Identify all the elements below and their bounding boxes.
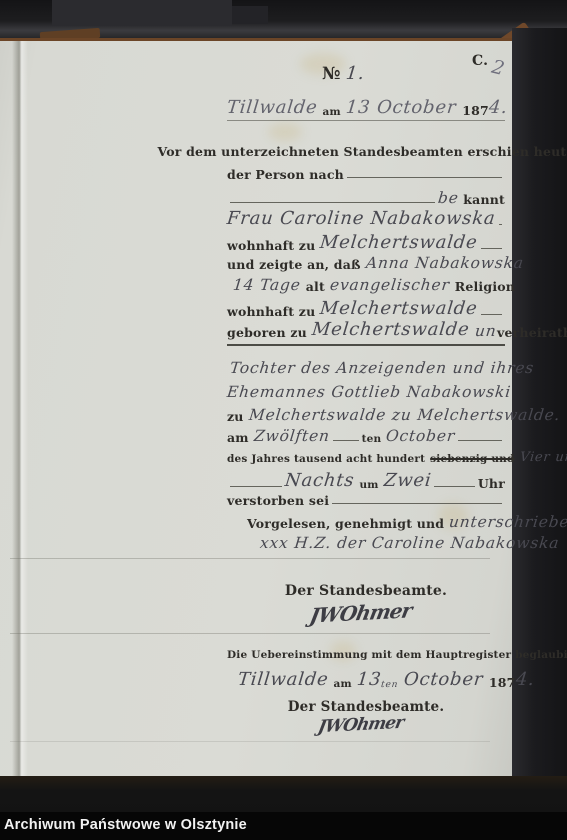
dateline-year-hand: 4. xyxy=(514,669,535,690)
zu-label: zu xyxy=(227,409,244,424)
closing-line: Vorgelesen, genehmigt und unterschrieben xyxy=(247,513,505,531)
blank-line xyxy=(481,246,502,249)
certify-text: Die Uebereinstimmung mit dem Hauptregist… xyxy=(227,649,567,661)
mark-signature-line: xxx H.Z. der Caroline Nabakowska xyxy=(260,534,559,552)
scanned-register-photo: C. 2 № 1. Tillwalde am 13 October 187 4.… xyxy=(0,0,567,840)
religion-value: evangelischer xyxy=(329,276,451,294)
certification-line: Die Uebereinstimmung mit dem Hauptregist… xyxy=(227,649,505,661)
blank-line xyxy=(333,438,359,441)
record-no-label: № xyxy=(322,64,341,84)
form-series-mark: C. xyxy=(472,53,488,69)
declarant-line: Frau Caroline Nabakowska xyxy=(227,208,505,229)
paper-stain xyxy=(268,123,302,141)
blank-line xyxy=(332,501,502,504)
bekannt-printed: kannt xyxy=(463,192,505,207)
death-time-line: Nachts um Zwei Uhr xyxy=(227,470,505,491)
deceased-line: verstorben sei xyxy=(227,493,505,508)
dateline-day: 13 xyxy=(356,669,383,690)
residence-label: wohnhaft zu xyxy=(227,304,315,319)
page-crease xyxy=(10,741,490,742)
am-label: am xyxy=(227,430,249,445)
residence-line-2: wohnhaft zu Melchertswalde xyxy=(227,298,505,319)
bekannt-hand: be xyxy=(437,189,460,207)
watermark-bar: Archiwum Państwowe w Olsztynie xyxy=(0,812,567,840)
registrar-label: Der Standesbeamte. xyxy=(285,583,447,599)
closing-hand: unterschrieben xyxy=(448,513,567,531)
page-crease xyxy=(10,633,490,634)
person-nach-label: der Person nach xyxy=(227,167,344,182)
dateline-place: Tillwalde xyxy=(237,669,330,690)
intro-text: Vor dem unterzeichneten Standesbeamten e… xyxy=(157,144,567,159)
birthplace-line: geboren zu Melchertswalde un verheirathe… xyxy=(227,319,505,340)
blank-line xyxy=(230,484,282,487)
book-spine xyxy=(52,0,232,26)
page-crease xyxy=(10,558,490,559)
dateline-certification: Tillwalde am 13 ten October 187 4. xyxy=(238,669,504,690)
residence-value: Melchertswalde xyxy=(319,298,479,319)
time-part: Nachts xyxy=(284,470,356,491)
year-hand: Vier und Siebenzig xyxy=(519,450,567,465)
ten-label: ten xyxy=(362,433,382,445)
archive-watermark-text: Archiwum Państwowe w Olsztynie xyxy=(4,817,247,833)
verstorben-label: verstorben sei xyxy=(227,493,329,508)
death-day: Zwölften xyxy=(253,427,331,445)
registrar-signature-1: JWOhmer xyxy=(310,601,411,625)
bekannt-line: be kannt xyxy=(227,189,505,207)
page-number: 2 xyxy=(490,56,508,80)
year-struck: siebenzig und xyxy=(430,453,514,465)
age-label: alt xyxy=(306,279,325,294)
dateline-year-hand: 4. xyxy=(488,97,509,118)
residence-label: wohnhaft zu xyxy=(227,238,315,253)
relation-line-1: Tochter des Anzeigenden und ihres xyxy=(230,359,534,377)
residence-value: Melchertswalde xyxy=(319,232,479,253)
blank-line xyxy=(481,312,502,315)
blank-line xyxy=(347,175,502,178)
marital-hand: un xyxy=(475,322,498,340)
blank-line xyxy=(499,222,502,225)
dateline-am: am xyxy=(323,106,341,118)
series-letter: C. xyxy=(472,53,488,69)
report-label: und zeigte an, daß xyxy=(227,257,361,272)
page-number-pencil: 2 xyxy=(492,57,505,79)
relation-text: Ehemannes Gottlieb Nabakowski xyxy=(226,383,512,401)
dateline-ten: ten xyxy=(381,680,399,690)
dateline-month: October xyxy=(402,669,484,690)
dateline-year-printed: 187 xyxy=(462,103,489,118)
intro-line: Vor dem unterzeichneten Standesbeamten e… xyxy=(227,144,505,159)
registrar-label: Der Standesbeamte. xyxy=(288,699,444,715)
death-date-line: am Zwölften ten October xyxy=(227,427,505,445)
register-page: C. 2 № 1. Tillwalde am 13 October 187 4.… xyxy=(0,38,512,784)
born-label: geboren zu xyxy=(227,325,307,340)
deceased-name: Anna Nabakowska xyxy=(365,254,525,272)
page-gutter-crease xyxy=(12,41,28,781)
uhr-label: Uhr xyxy=(478,476,505,491)
dateline-registration: Tillwalde am 13 October 187 4. xyxy=(227,97,505,121)
registrar-signature-2: JWOhmer xyxy=(318,715,403,735)
residence-line-1: wohnhaft zu Melchertswalde xyxy=(227,232,505,253)
report-line: und zeigte an, daß Anna Nabakowska xyxy=(227,254,505,272)
registrar-heading-2: Der Standesbeamte. xyxy=(227,699,505,715)
signature-text: JWOhmer xyxy=(308,598,414,628)
death-year-line: des Jahres tausend acht hundert siebenzi… xyxy=(227,450,509,465)
time-value: Zwei xyxy=(382,470,432,491)
registrar-heading-1: Der Standesbeamte. xyxy=(227,583,505,599)
death-month: October xyxy=(385,427,456,445)
relation-line-2: Ehemannes Gottlieb Nabakowski xyxy=(227,383,511,401)
dateline-year-printed: 187 xyxy=(489,675,516,690)
person-nach-line: der Person nach xyxy=(227,167,505,182)
dateline-am: am xyxy=(334,678,352,690)
age-religion-line: 14 Tage alt evangelischer Religion xyxy=(227,276,505,294)
blank-line xyxy=(434,484,475,487)
closing-printed: Vorgelesen, genehmigt und xyxy=(247,516,444,531)
record-no-value: 1. xyxy=(345,63,366,84)
section-rule xyxy=(227,344,505,346)
blank-line xyxy=(458,438,502,441)
um-label: um xyxy=(359,479,378,491)
age-value: 14 Tage xyxy=(232,276,302,294)
signature-text: JWOhmer xyxy=(316,713,405,738)
dateline-place: Tillwalde xyxy=(226,97,319,118)
death-place-value: Melchertswalde zu Melchertswalde. xyxy=(248,406,561,424)
dateline-daymonth: 13 October xyxy=(345,97,458,118)
declarant-name: Frau Caroline Nabakowska xyxy=(226,208,497,229)
death-place-line: zu Melchertswalde zu Melchertswalde. xyxy=(227,406,505,424)
year-printed: des Jahres tausend acht hundert xyxy=(227,453,425,465)
mark-text: xxx H.Z. der Caroline Nabakowska xyxy=(259,534,560,552)
blank-line xyxy=(230,200,435,203)
birthplace-value: Melchertswalde xyxy=(311,319,471,340)
relation-text: Tochter des Anzeigenden und ihres xyxy=(229,359,535,377)
record-number-line: № 1. xyxy=(322,63,364,84)
marital-printed: verheirathet xyxy=(497,325,567,340)
religion-label: Religion xyxy=(455,279,515,294)
